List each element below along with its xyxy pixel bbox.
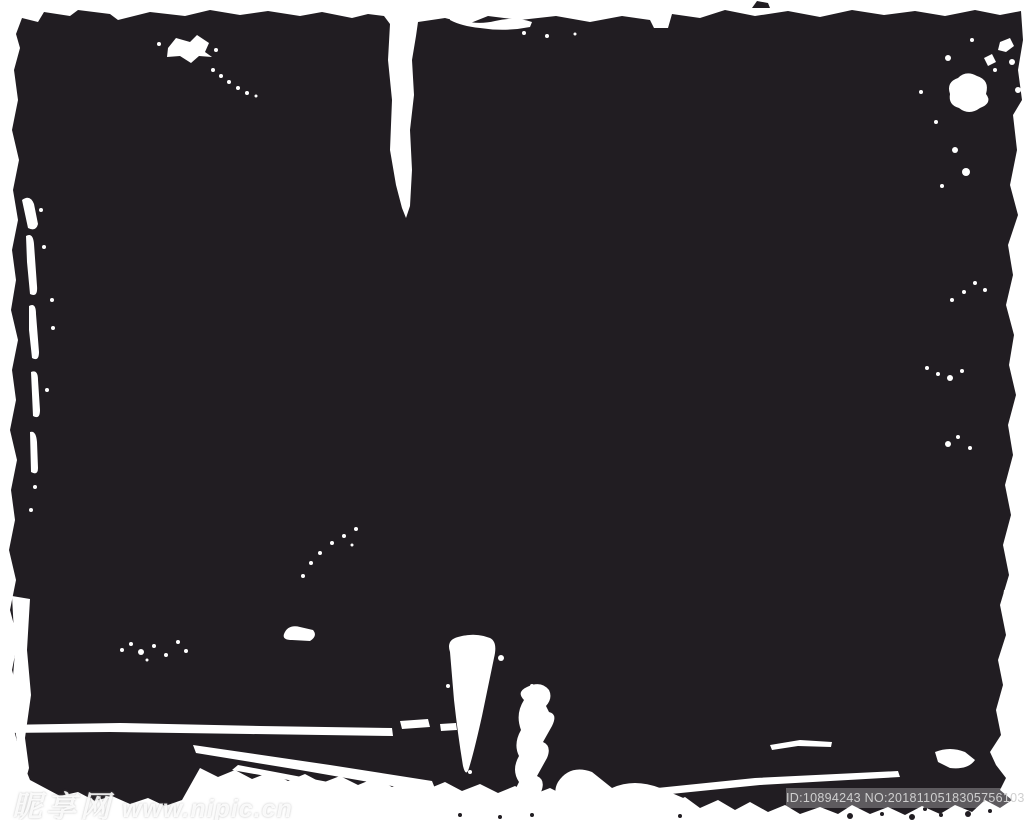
speck-dot xyxy=(176,640,180,644)
speck-dot xyxy=(164,653,168,657)
speck-dot xyxy=(245,91,249,95)
speck-dot xyxy=(973,281,977,285)
speck-dot xyxy=(458,813,462,817)
speck-dot xyxy=(947,375,953,381)
speck-dot xyxy=(1009,59,1015,65)
speck-dot xyxy=(152,644,156,648)
speck-dot xyxy=(446,684,450,688)
speck-dot xyxy=(219,74,223,78)
speck-dot xyxy=(330,541,334,545)
speck-dot xyxy=(29,508,33,512)
speck-dot xyxy=(227,80,231,84)
speck-dot xyxy=(301,574,305,578)
speck-dot xyxy=(50,298,54,302)
speck-dot xyxy=(574,33,577,36)
speck-dot xyxy=(129,642,133,646)
speck-dot xyxy=(940,184,944,188)
speck-dot xyxy=(934,120,938,124)
speck-dot xyxy=(351,544,354,547)
speck-dot xyxy=(530,813,534,817)
speck-dot xyxy=(498,815,502,819)
speck-dot xyxy=(678,814,682,818)
speck-dot xyxy=(952,147,958,153)
speck-dot xyxy=(45,388,49,392)
speck-dot xyxy=(146,659,149,662)
speck-dot xyxy=(965,811,971,817)
speck-dot xyxy=(968,446,972,450)
ink-silhouette xyxy=(9,10,1023,815)
speck-dot xyxy=(960,369,964,373)
speck-dot xyxy=(236,86,240,90)
speck-dot xyxy=(880,812,884,816)
grunge-texture-page: 昵享网 www.nipic.cn ID:10894243 NO:20181105… xyxy=(0,0,1024,820)
speck-dot xyxy=(1015,87,1021,93)
speck-dot xyxy=(498,655,504,661)
speck-dot xyxy=(988,809,992,813)
speck-dot xyxy=(33,485,37,489)
speck-dot xyxy=(138,649,144,655)
speck-dot xyxy=(970,38,974,42)
speck-dot xyxy=(950,298,954,302)
speck-dot xyxy=(255,95,258,98)
speck-dot xyxy=(962,290,966,294)
speck-dot xyxy=(983,288,987,292)
speck-dot xyxy=(936,372,940,376)
speck-dot xyxy=(474,688,478,692)
speck-dot xyxy=(993,68,997,72)
speck-dot xyxy=(157,42,161,46)
grunge-frame-graphic xyxy=(0,0,1024,820)
speck-dot xyxy=(909,814,915,820)
speck-dot xyxy=(522,31,526,35)
speck-dot xyxy=(184,649,188,653)
speck-dot xyxy=(847,813,853,819)
speck-dot xyxy=(962,168,970,176)
speck-dot xyxy=(309,561,313,565)
speck-dot xyxy=(925,366,929,370)
speck-dot xyxy=(354,527,358,531)
speck-dot xyxy=(939,813,943,817)
speck-dot xyxy=(342,534,346,538)
speck-dot xyxy=(39,208,43,212)
speck-dot xyxy=(51,326,55,330)
speck-dot xyxy=(545,34,549,38)
speck-dot xyxy=(42,245,46,249)
speck-dot xyxy=(945,55,951,61)
speck-dot xyxy=(211,68,215,72)
speck-dot xyxy=(214,48,218,52)
speck-dot xyxy=(956,435,960,439)
speck-dot xyxy=(318,551,322,555)
speck-dot xyxy=(945,441,951,447)
speck-dot xyxy=(919,90,923,94)
speck-dot xyxy=(468,770,472,774)
speck-dot xyxy=(923,807,927,811)
speck-dot xyxy=(120,648,124,652)
